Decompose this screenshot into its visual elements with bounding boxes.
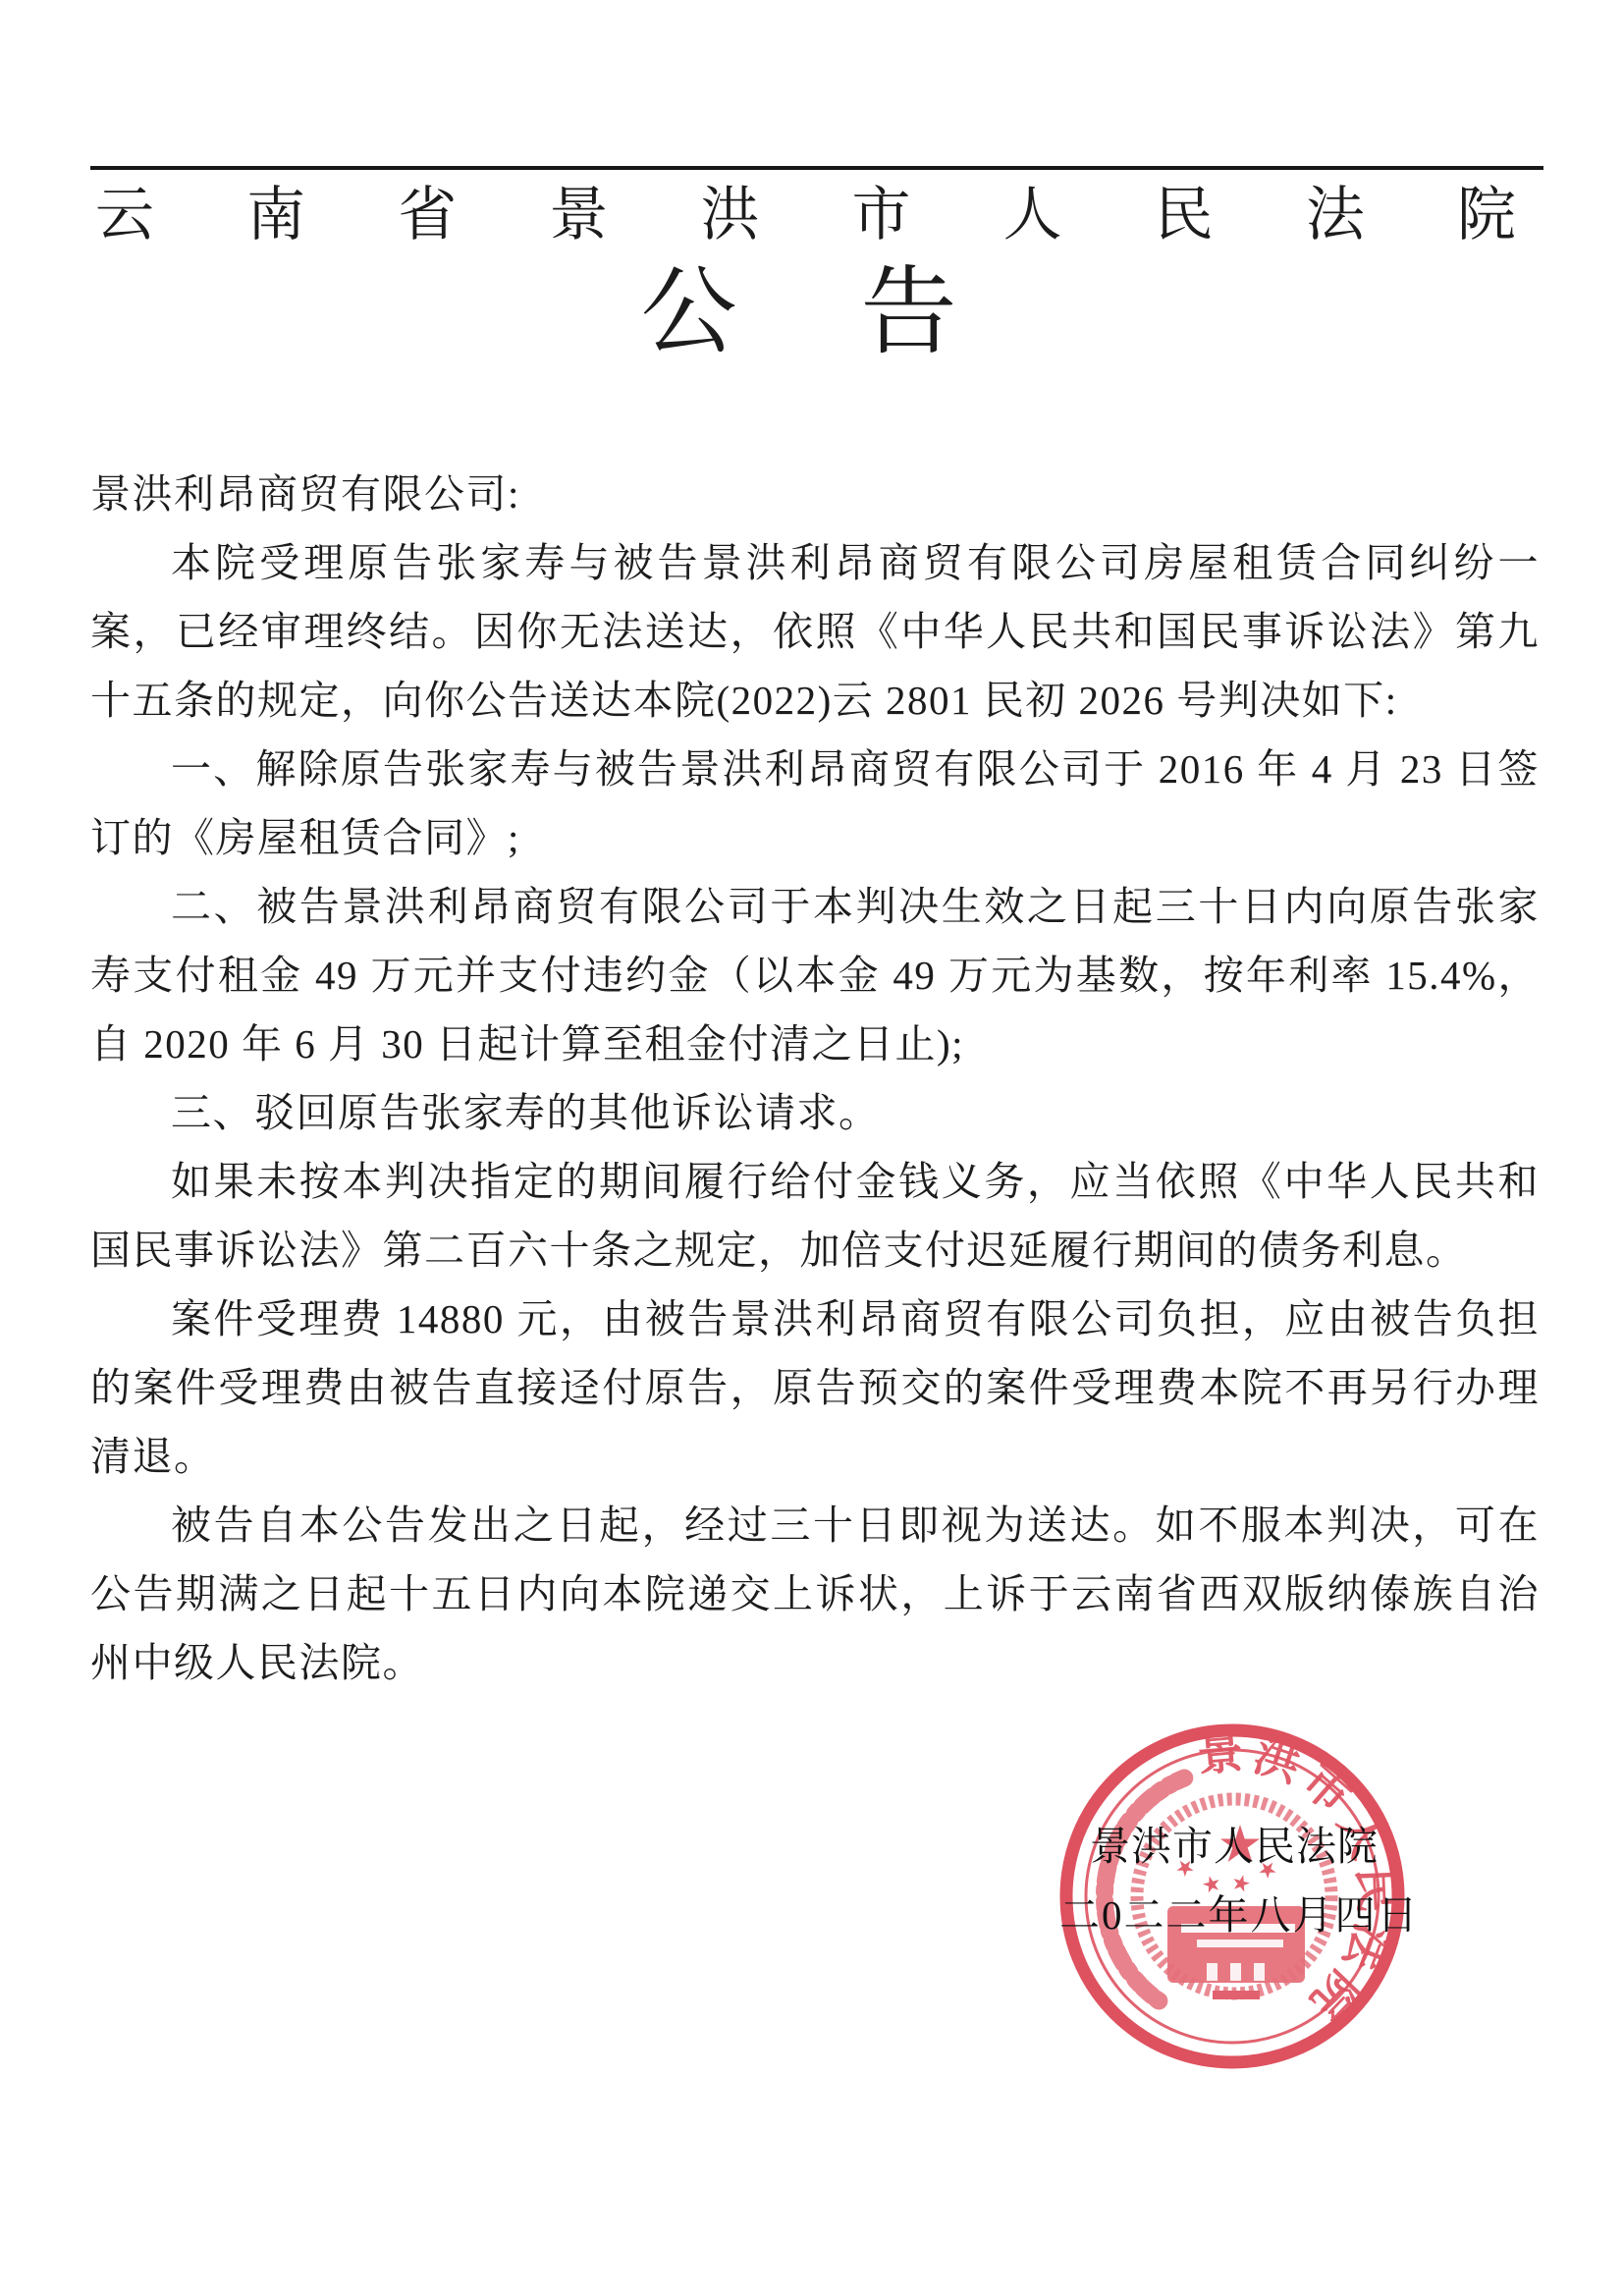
- signature-date: 二0二二年八月四日: [1059, 1891, 1420, 1940]
- document-body: 景洪利昂商贸有限公司: 本院受理原告张家寿与被告景洪利昂商贸有限公司房屋租赁合同…: [90, 460, 1540, 1697]
- page: 云南省景洪市人民法院 公 告 景洪利昂商贸有限公司: 本院受理原告张家寿与被告景…: [0, 0, 1623, 2296]
- title-divider-rule: [90, 166, 1543, 170]
- salutation: 景洪利昂商贸有限公司:: [90, 460, 1540, 528]
- wreath-tie: [1213, 1991, 1260, 1999]
- signature-court-name: 景洪市人民法院: [1090, 1823, 1379, 1871]
- paragraph: 案件受理费 14880 元，由被告景洪利昂商贸有限公司负担，应由被告负担的案件受…: [90, 1285, 1540, 1491]
- court-title: 云南省景洪市人民法院: [95, 183, 1516, 247]
- paragraph: 本院受理原告张家寿与被告景洪利昂商贸有限公司房屋租赁合同纠纷一案，已经审理终结。…: [90, 528, 1540, 735]
- notice-heading: 公 告: [95, 253, 1516, 374]
- paragraph: 被告自本公告发出之日起，经过三十日即视为送达。如不服本判决，可在公告期满之日起十…: [90, 1491, 1540, 1697]
- paragraph: 一、解除原告张家寿与被告景洪利昂商贸有限公司于 2016 年 4 月 23 日签…: [90, 735, 1540, 872]
- paragraph: 如果未按本判决指定的期间履行给付金钱义务，应当依照《中华人民共和国民事诉讼法》第…: [90, 1147, 1540, 1285]
- paragraph: 二、被告景洪利昂商贸有限公司于本判决生效之日起三十日内向原告张家寿支付租金 49…: [90, 872, 1540, 1078]
- paragraph: 三、驳回原告张家寿的其他诉讼请求。: [90, 1078, 1540, 1147]
